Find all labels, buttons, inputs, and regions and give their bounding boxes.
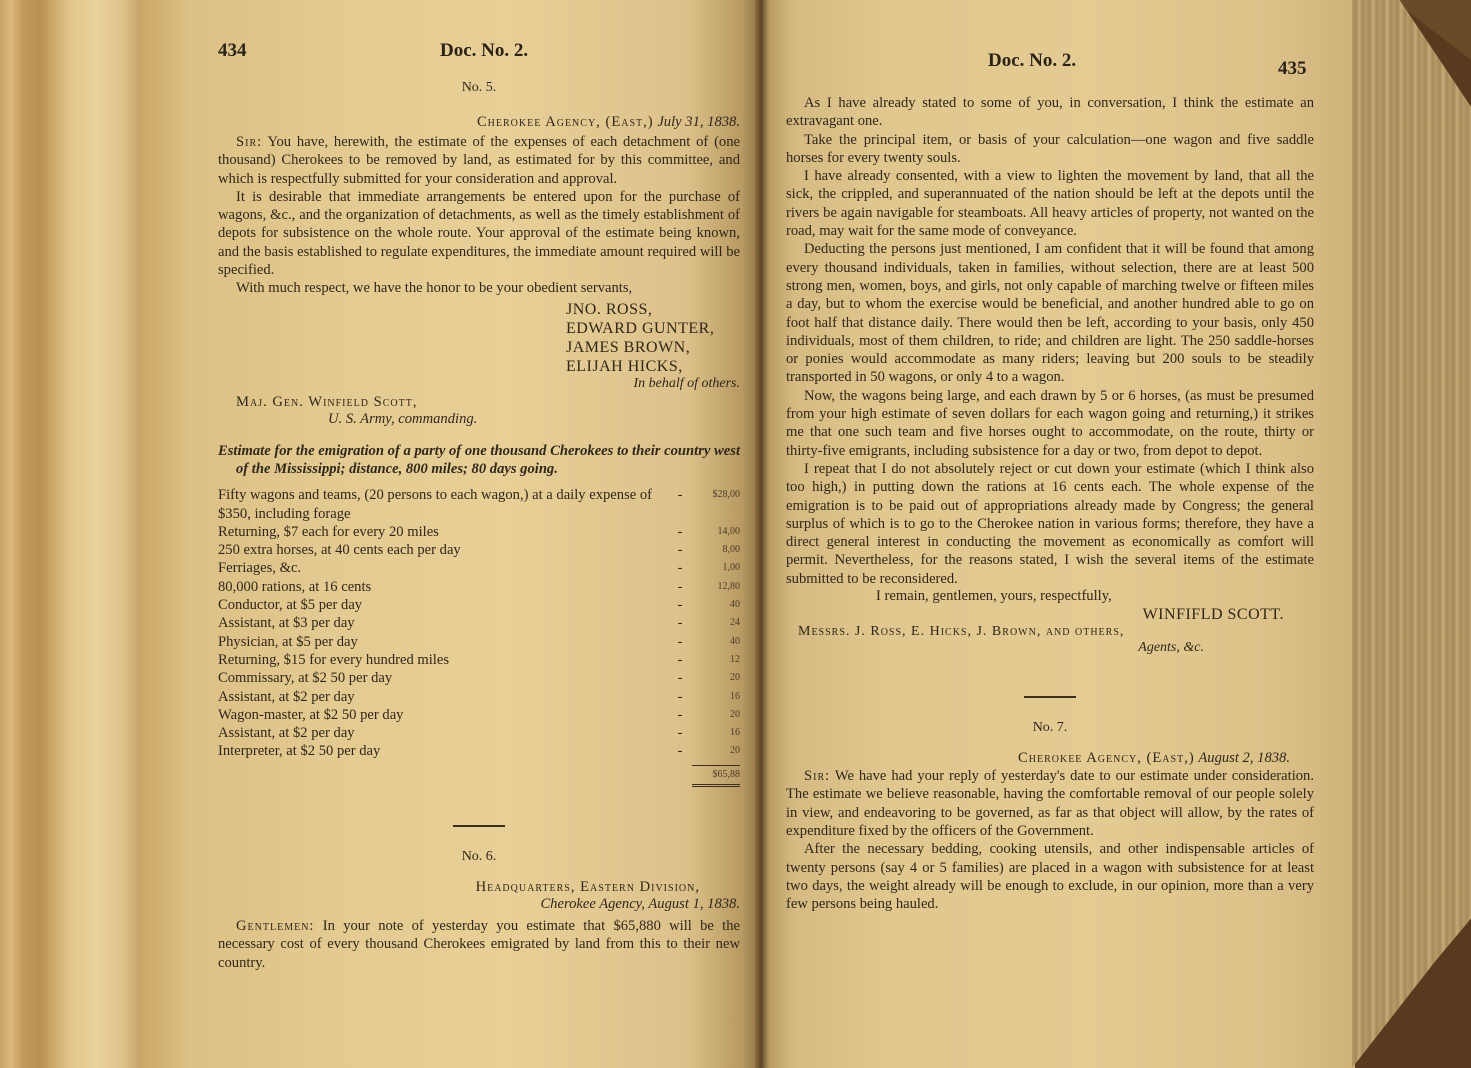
estimate-title: Estimate for the emigration of a party o… xyxy=(218,442,740,479)
estimate-value: 1,00 xyxy=(692,559,740,577)
doc7-dateline: Cherokee Agency, (East,) August 2, 1838. xyxy=(786,750,1290,767)
estimate-label: Commissary, at $2 50 per day xyxy=(218,669,668,687)
addressee-name: Maj. Gen. Winfield Scott, xyxy=(236,394,417,410)
estimate-label: Returning, $7 each for every 20 miles xyxy=(218,523,668,541)
open-book: 434 Doc. No. 2. No. 5. Cherokee Agency, … xyxy=(0,0,1471,1068)
total-double-rule xyxy=(692,784,740,787)
estimate-value: 40 xyxy=(692,596,740,614)
section-divider xyxy=(453,825,505,827)
doc7-paragraph-1: Sir: We have had your reply of yesterday… xyxy=(786,767,1314,840)
estimate-label: Physician, at $5 per day xyxy=(218,633,668,651)
doc6-paragraph-4: I have already consented, with a view to… xyxy=(786,167,1314,240)
doc6-salutation: Gentlemen: xyxy=(236,918,314,934)
estimate-row: Returning, $15 for every hundred miles-1… xyxy=(218,651,740,669)
left-page-edges xyxy=(0,0,140,1068)
doc7-p1-text: We have had your reply of yesterday's da… xyxy=(786,768,1314,839)
estimate-label: Interpreter, at $2 50 per day xyxy=(218,742,668,760)
doc6-paragraph-7: I repeat that I do not absolutely reject… xyxy=(786,460,1314,588)
doc5-number: No. 5. xyxy=(218,80,740,96)
doc6-paragraph-2: As I have already stated to some of you,… xyxy=(786,94,1314,131)
doc5-addressee-2: U. S. Army, commanding. xyxy=(328,411,740,428)
estimate-label: Assistant, at $2 per day xyxy=(218,724,668,742)
doc5-signatures: JNO. ROSS, EDWARD GUNTER, JAMES BROWN, E… xyxy=(566,300,740,392)
estimate-label: 80,000 rations, at 16 cents xyxy=(218,578,668,596)
estimate-total-row: $65,88 xyxy=(218,766,740,784)
section-divider xyxy=(1024,696,1076,698)
estimate-value: 24 xyxy=(692,614,740,632)
doc5-paragraph-2: It is desirable that immediate arrangeme… xyxy=(218,188,740,279)
estimate-label: Assistant, at $3 per day xyxy=(218,614,668,632)
estimate-value: $28,00 xyxy=(692,486,740,523)
estimate-row: Conductor, at $5 per day-40 xyxy=(218,596,740,614)
estimate-value: 16 xyxy=(692,688,740,706)
estimate-value: 12 xyxy=(692,651,740,669)
left-page-body: No. 5. Cherokee Agency, (East,) July 31,… xyxy=(218,80,740,972)
estimate-total: $65,88 xyxy=(692,766,740,784)
estimate-value: 14,00 xyxy=(692,523,740,541)
estimate-label: Fifty wagons and teams, (20 persons to e… xyxy=(218,486,668,523)
doc7-dateline-date: August 2, 1838. xyxy=(1198,750,1290,766)
doc7-salutation: Sir: xyxy=(804,768,830,784)
doc7-number: No. 7. xyxy=(786,720,1314,736)
estimate-row: Assistant, at $3 per day-24 xyxy=(218,614,740,632)
signatory: JAMES BROWN, xyxy=(566,338,740,357)
estimate-row: Commissary, at $2 50 per day-20 xyxy=(218,669,740,687)
right-running-head: Doc. No. 2. xyxy=(988,50,1076,72)
estimate-value: 16 xyxy=(692,724,740,742)
estimate-row: 250 extra horses, at 40 cents each per d… xyxy=(218,541,740,559)
right-page-body: As I have already stated to some of you,… xyxy=(786,94,1314,913)
estimate-row: Physician, at $5 per day-40 xyxy=(218,633,740,651)
estimate-value: 20 xyxy=(692,742,740,760)
estimate-value: 40 xyxy=(692,633,740,651)
estimate-label: Returning, $15 for every hundred miles xyxy=(218,651,668,669)
doc7-paragraph-2: After the necessary bedding, cooking ute… xyxy=(786,840,1314,913)
doc6-paragraph-5: Deducting the persons just mentioned, I … xyxy=(786,240,1314,386)
book-gutter xyxy=(755,0,769,1068)
doc6-closing: I remain, gentlemen, yours, respectfully… xyxy=(876,588,1314,605)
estimate-row: Ferriages, &c.-1,00 xyxy=(218,559,740,577)
doc5-dateline-place: Cherokee Agency, (East,) xyxy=(477,114,654,130)
doc6-addressee-2: Agents, &c. xyxy=(786,640,1204,656)
doc6-dateline-2: Cherokee Agency, August 1, 1838. xyxy=(218,896,740,913)
estimate-row: Wagon-master, at $2 50 per day-20 xyxy=(218,706,740,724)
doc5-dateline: Cherokee Agency, (East,) July 31, 1838. xyxy=(218,114,740,131)
estimate-value: 12,80 xyxy=(692,578,740,596)
signatory: EDWARD GUNTER, xyxy=(566,319,740,338)
left-page-number: 434 xyxy=(218,40,247,62)
estimate-label: 250 extra horses, at 40 cents each per d… xyxy=(218,541,668,559)
doc5-dateline-date: July 31, 1838. xyxy=(657,114,740,130)
signatory: JNO. ROSS, xyxy=(566,300,740,319)
doc5-addressee-1: Maj. Gen. Winfield Scott, xyxy=(236,394,740,411)
doc6-paragraph-3: Take the principal item, or basis of you… xyxy=(786,131,1314,168)
estimate-label: Ferriages, &c. xyxy=(218,559,668,577)
doc6-addressee-1: Messrs. J. Ross, E. Hicks, J. Brown, and… xyxy=(798,624,1314,640)
left-running-head: Doc. No. 2. xyxy=(440,40,528,62)
right-page-number: 435 xyxy=(1278,58,1307,80)
estimate-label: Conductor, at $5 per day xyxy=(218,596,668,614)
estimate-row: Fifty wagons and teams, (20 persons to e… xyxy=(218,486,740,523)
doc5-paragraph-1: Sir: You have, herewith, the estimate of… xyxy=(218,133,740,188)
estimate-row: Assistant, at $2 per day-16 xyxy=(218,688,740,706)
estimate-table: Fifty wagons and teams, (20 persons to e… xyxy=(218,486,740,787)
doc6-number: No. 6. xyxy=(218,849,740,865)
doc5-p1-text: You have, herewith, the estimate of the … xyxy=(218,134,740,187)
estimate-label: Assistant, at $2 per day xyxy=(218,688,668,706)
doc7-dateline-place: Cherokee Agency, (East,) xyxy=(1018,750,1195,766)
right-page-edges xyxy=(1352,0,1471,1068)
estimate-row: Interpreter, at $2 50 per day-20 xyxy=(218,742,740,760)
estimate-value: 20 xyxy=(692,706,740,724)
estimate-value: 8,00 xyxy=(692,541,740,559)
doc6-dateline-1: Headquarters, Eastern Division, xyxy=(218,879,700,896)
estimate-row: Returning, $7 each for every 20 miles-14… xyxy=(218,523,740,541)
doc6-signature: WINFIFLD SCOTT. xyxy=(786,605,1284,624)
doc5-paragraph-3: With much respect, we have the honor to … xyxy=(218,279,740,297)
doc6-paragraph-6: Now, the wagons being large, and each dr… xyxy=(786,387,1314,460)
estimate-row: 80,000 rations, at 16 cents-12,80 xyxy=(218,578,740,596)
on-behalf-note: In behalf of others. xyxy=(566,376,740,392)
doc6-paragraph-1: Gentlemen: In your note of yesterday you… xyxy=(218,917,740,972)
doc5-salutation: Sir: xyxy=(236,134,262,150)
estimate-row: Assistant, at $2 per day-16 xyxy=(218,724,740,742)
signatory: ELIJAH HICKS, xyxy=(566,357,740,376)
estimate-value: 20 xyxy=(692,669,740,687)
estimate-label: Wagon-master, at $2 50 per day xyxy=(218,706,668,724)
